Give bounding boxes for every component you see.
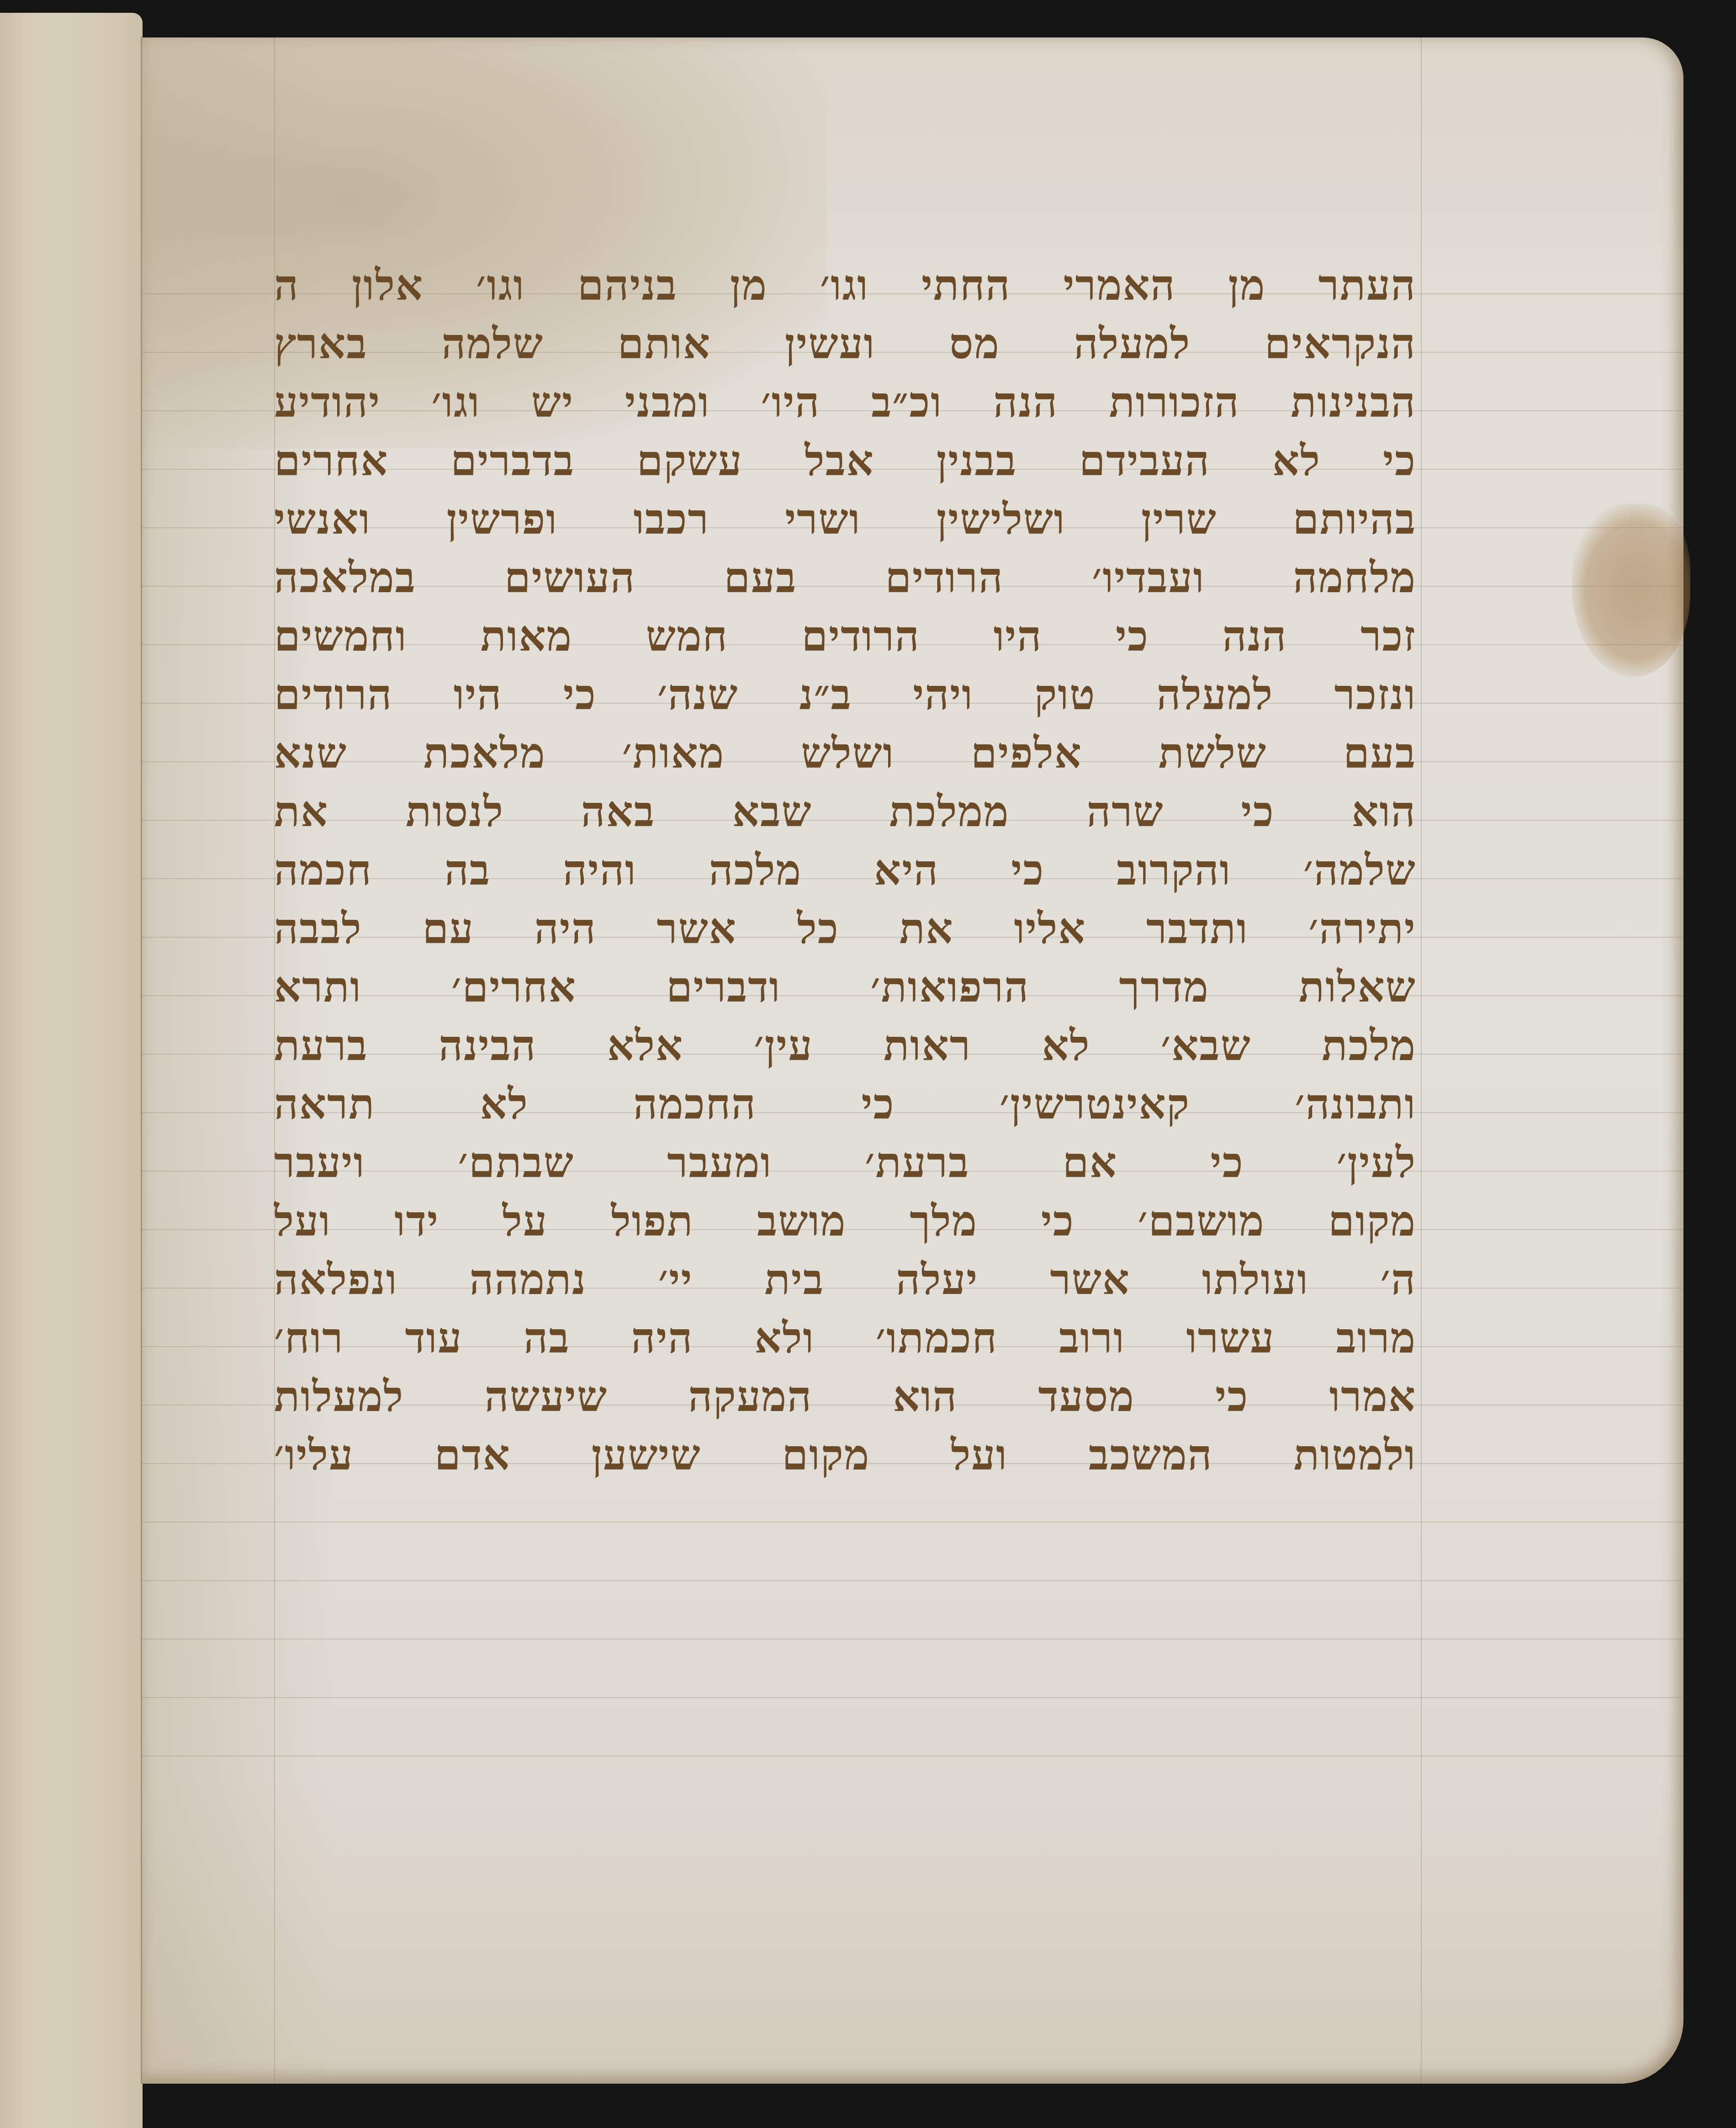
- text-line: זכר הנה כי היו הרודים חמש מאות וחמשים: [274, 607, 1416, 665]
- ruling-line: [142, 1756, 1683, 1757]
- ruling-line: [142, 1580, 1683, 1581]
- text-line: לעין׳ כי אם ברעת׳ ומעבר שבתם׳ ויעבר: [274, 1133, 1416, 1192]
- text-line: ונזכר למעלה טוק ויהי ב״נ שנה׳ כי היו הרו…: [274, 665, 1416, 724]
- ruling-line: [142, 1697, 1683, 1698]
- binding-strip: [0, 13, 143, 2128]
- text-line: בהיותם שרין ושלישין ושרי רכבו ופרשין ואנ…: [274, 490, 1416, 548]
- text-line: ה׳ ועולתו אשר יעלה בית יי׳ נתמהה ונפלאה: [274, 1250, 1416, 1309]
- ruling-line: [142, 1522, 1683, 1523]
- text-line: ותבונה׳ קאינטרשין׳ כי החכמה לא תראה: [274, 1075, 1416, 1133]
- text-line: מלכת שבא׳ לא ראות עין׳ אלא הבינה ברעת: [274, 1016, 1416, 1075]
- text-line: שלמה׳ והקרוב כי היא מלכה והיה בה חכמה: [274, 841, 1416, 899]
- text-line: הוא כי שרה ממלכת שבא באה לנסות את: [274, 782, 1416, 841]
- text-line: יתירה׳ ותדבר אליו את כל אשר היה עם לבבה: [274, 899, 1416, 958]
- text-line: שאלות מדרך הרפואות׳ ודברים אחרים׳ ותרא: [274, 958, 1416, 1016]
- text-line: ולמטות המשכב ועל מקום שישען אדם עליו׳: [274, 1426, 1416, 1484]
- text-line: מקום מושבם׳ כי מלך מושב תפול על ידו ועל: [274, 1192, 1416, 1250]
- text-line: בעם שלשת אלפים ושלש מאות׳ מלאכת שנא: [274, 724, 1416, 782]
- text-line: כי לא העבידם בבנין אבל עשקם בדברים אחרים: [274, 431, 1416, 490]
- text-line: הנקראים למעלה מס ועשין אותם שלמה בארץ: [274, 314, 1416, 373]
- ruling-line: [142, 1639, 1683, 1640]
- text-line: מלחמה ועבדיו׳ הרודים בעם העושים במלאכה: [274, 548, 1416, 607]
- text-line: הבנינות הזכורות הנה וכ״ב היו׳ ומבני יש ו…: [274, 373, 1416, 431]
- text-line: מרוב עשרו ורוב חכמתו׳ ולא היה בה עוד רוח…: [274, 1309, 1416, 1367]
- brown-stain-right-margin: [1572, 504, 1690, 677]
- text-line: העתר מן האמרי החתי וגו׳ מן בניהם וגו׳ אל…: [274, 256, 1416, 314]
- binding-fold-line: [141, 37, 142, 2084]
- ruling-right: [1421, 37, 1422, 2084]
- text-line: אמרו כי מסעד הוא המעקה שיעשה למעלות: [274, 1367, 1416, 1426]
- text-column: העתר מן האמרי החתי וגו׳ מן בניהם וגו׳ אל…: [274, 256, 1416, 1484]
